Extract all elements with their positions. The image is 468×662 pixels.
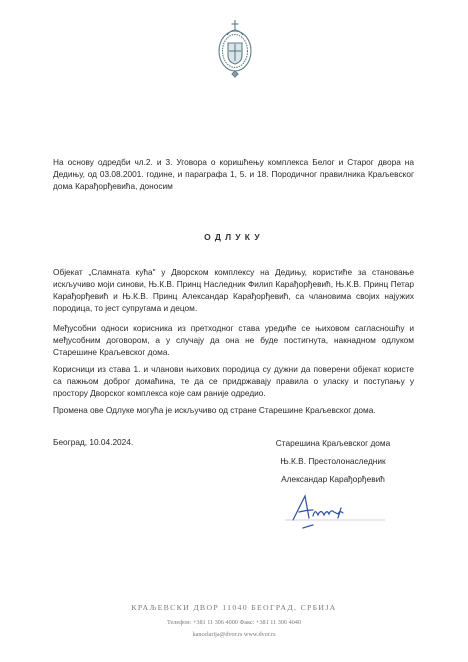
signatory-name: Александар Карађорђевић <box>268 473 398 491</box>
paragraph-4: Промена ове Одлуке могућа је искључиво о… <box>53 404 414 416</box>
royal-coat-of-arms-icon <box>213 17 257 79</box>
footer-address: КРАЉЕВСКИ ДВОР 11040 БЕОГРАД, СРБИЈА <box>0 603 468 612</box>
document-page: На основу одредби чл.2. и 3. Уговора о к… <box>0 0 468 662</box>
footer-phones: Телефон: +381 11 306 4000 Факс: +381 11 … <box>0 619 468 626</box>
handwritten-signature-icon <box>285 494 385 534</box>
paragraph-2: Међусобни односи корисника из претходног… <box>53 322 414 358</box>
place-and-date: Београд, 10.04.2024. <box>53 437 133 447</box>
intro-paragraph: На основу одредби чл.2. и 3. Уговора о к… <box>53 156 414 192</box>
footer-contacts: kancelarija@dvor.rs www.dvor.rs <box>0 631 468 638</box>
paragraph-3: Корисници из става 1. и чланови њихових … <box>53 363 414 399</box>
signatory-title: Старешина Краљевског дома <box>268 437 398 455</box>
signatory-rank: Њ.К.В. Престолонаследник <box>268 455 398 473</box>
document-title: ОДЛУКУ <box>0 232 468 242</box>
signatory-block: Старешина Краљевског дома Њ.К.В. Престол… <box>268 437 398 491</box>
paragraph-1: Објекат „Сламната кућа" у Дворском компл… <box>53 266 414 314</box>
